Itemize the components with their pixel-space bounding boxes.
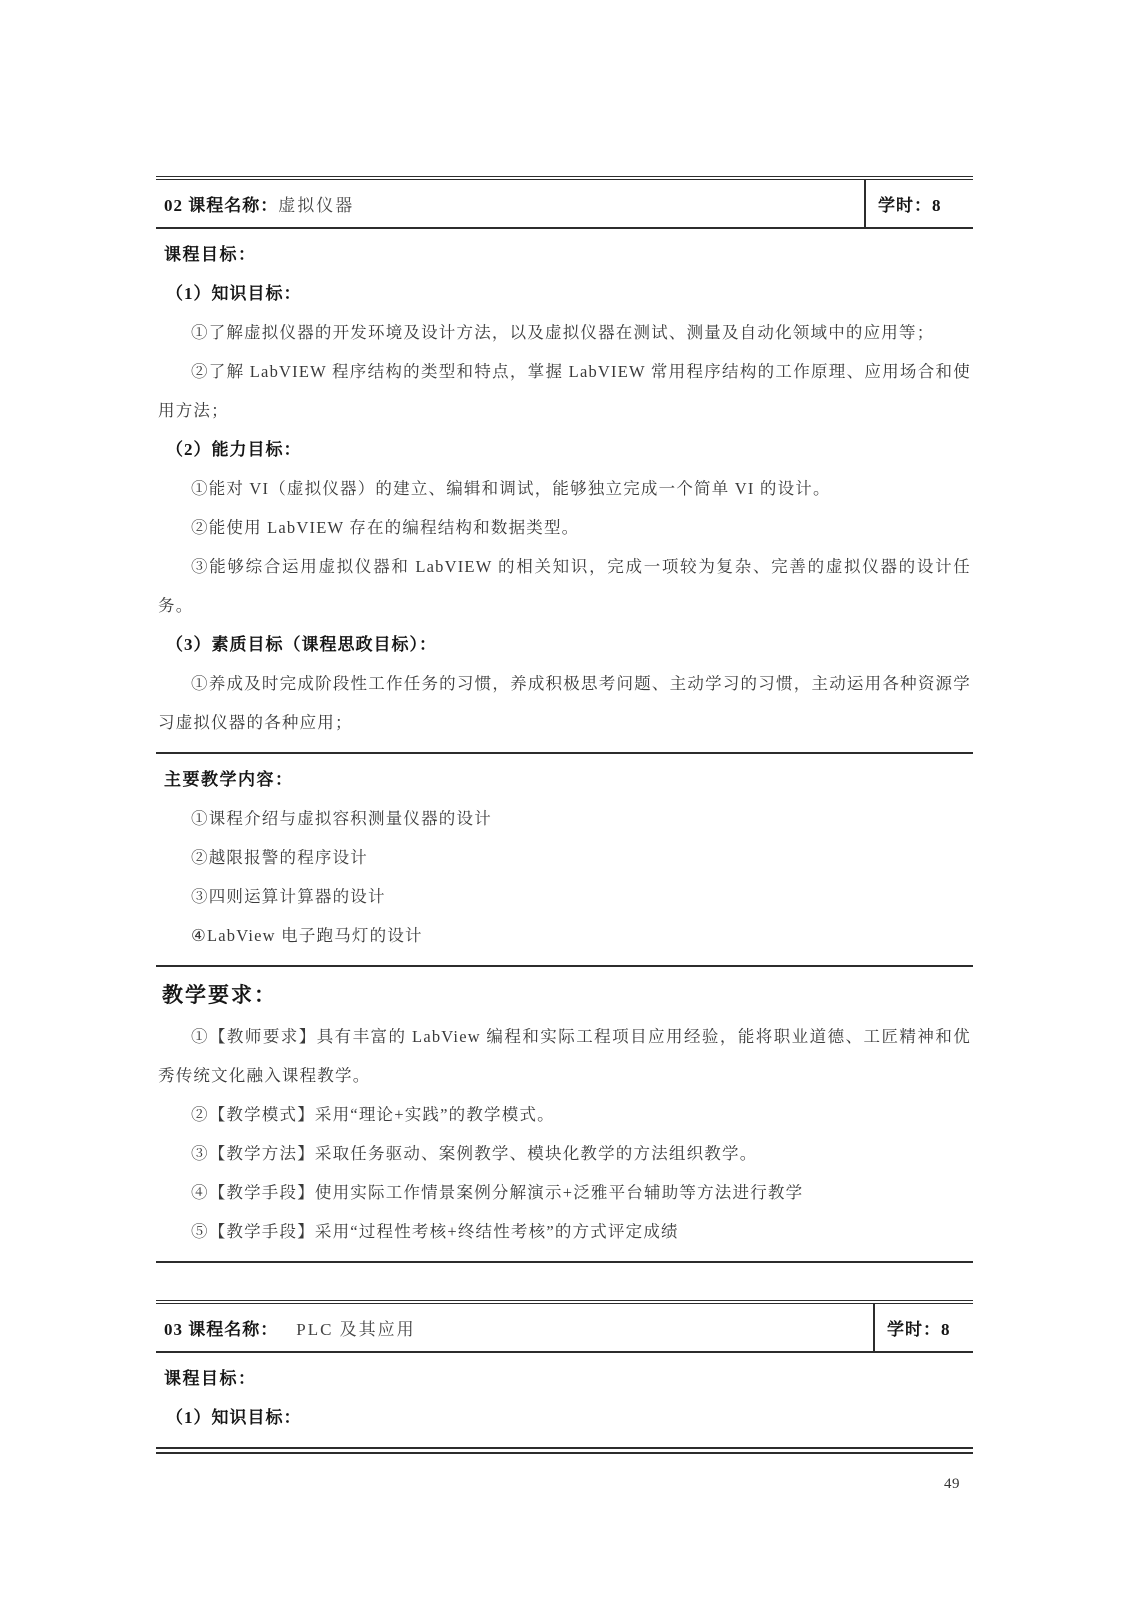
page-content: 02 课程名称：虚拟仪器 学时：8 课程目标： （1）知识目标： ①了解虚拟仪器… bbox=[156, 176, 973, 1454]
requirement-item-2: ②【教学模式】采用“理论+实践”的教学模式。 bbox=[158, 1095, 971, 1134]
course-03-code-label: 03 课程名称： bbox=[164, 1320, 278, 1339]
course-02-objectives-cell: 课程目标： （1）知识目标： ①了解虚拟仪器的开发环境及设计方法，以及虚拟仪器在… bbox=[156, 229, 973, 754]
teaching-content-item-2: ②越限报警的程序设计 bbox=[158, 838, 971, 877]
requirement-item-3: ③【教学方法】采取任务驱动、案例教学、模块化教学的方法组织教学。 bbox=[158, 1134, 971, 1173]
knowledge-objectives-heading: （1）知识目标： bbox=[158, 274, 971, 313]
ability-objective-item-3: ③能够综合运用虚拟仪器和 LabVIEW 的相关知识，完成一项较为复杂、完善的虚… bbox=[158, 547, 971, 625]
ability-objective-item-2: ②能使用 LabVIEW 存在的编程结构和数据类型。 bbox=[158, 508, 971, 547]
course-03-hours-value: 8 bbox=[941, 1320, 951, 1339]
course-03-hours-label: 学时： bbox=[887, 1320, 941, 1339]
requirement-item-1: ①【教师要求】具有丰富的 LabView 编程和实际工程项目应用经验，能将职业道… bbox=[158, 1017, 971, 1095]
course-03-header-row: 03 课程名称：PLC 及其应用 学时：8 bbox=[156, 1304, 973, 1353]
course-03-table: 03 课程名称：PLC 及其应用 学时：8 课程目标： （1）知识目标： bbox=[156, 1300, 973, 1454]
course-02-hours-value: 8 bbox=[932, 196, 942, 215]
ability-objective-item-1: ①能对 VI（虚拟仪器）的建立、编辑和调试，能够独立完成一个简单 VI 的设计。 bbox=[158, 469, 971, 508]
document-page: 02 课程名称：虚拟仪器 学时：8 课程目标： （1）知识目标： ①了解虚拟仪器… bbox=[0, 0, 1131, 1600]
requirement-item-4: ④【教学手段】使用实际工作情景案例分解演示+泛雅平台辅助等方法进行教学 bbox=[158, 1173, 971, 1212]
knowledge-objective-item-2: ②了解 LabVIEW 程序结构的类型和特点，掌握 LabVIEW 常用程序结构… bbox=[158, 352, 971, 430]
course-03-knowledge-heading: （1）知识目标： bbox=[158, 1398, 971, 1437]
course-02-teaching-content-cell: 主要教学内容： ①课程介绍与虚拟容积测量仪器的设计 ②越限报警的程序设计 ③四则… bbox=[156, 754, 973, 967]
requirement-item-5: ⑤【教学手段】采用“过程性考核+终结性考核”的方式评定成绩 bbox=[158, 1212, 971, 1251]
course-02-table: 02 课程名称：虚拟仪器 学时：8 课程目标： （1）知识目标： ①了解虚拟仪器… bbox=[156, 176, 973, 1263]
knowledge-objective-item-1: ①了解虚拟仪器的开发环境及设计方法，以及虚拟仪器在测试、测量及自动化领域中的应用… bbox=[158, 313, 971, 352]
quality-objectives-heading: （3）素质目标（课程思政目标）： bbox=[158, 625, 971, 664]
course-02-requirements-cell: 教学要求： ①【教师要求】具有丰富的 LabView 编程和实际工程项目应用经验… bbox=[156, 967, 973, 1261]
course-02-hours-label: 学时： bbox=[878, 196, 932, 215]
teaching-content-item-3: ③四则运算计算器的设计 bbox=[158, 877, 971, 916]
course-02-name: 虚拟仪器 bbox=[278, 196, 354, 215]
course-02-hours-cell: 学时：8 bbox=[864, 180, 973, 227]
course-03-objectives-heading: 课程目标： bbox=[158, 1359, 971, 1398]
ability-objectives-heading: （2）能力目标： bbox=[158, 430, 971, 469]
page-number: 49 bbox=[900, 1476, 960, 1493]
course-03-hours-cell: 学时：8 bbox=[873, 1304, 973, 1351]
course-03-name: PLC 及其应用 bbox=[296, 1320, 415, 1339]
course-03-objectives-cell: 课程目标： （1）知识目标： bbox=[156, 1353, 973, 1447]
teaching-requirements-heading: 教学要求： bbox=[158, 973, 971, 1017]
teaching-content-item-4: ④LabView 电子跑马灯的设计 bbox=[158, 916, 971, 955]
teaching-content-heading: 主要教学内容： bbox=[158, 760, 971, 799]
objectives-heading: 课程目标： bbox=[158, 235, 971, 274]
course-02-header-row: 02 课程名称：虚拟仪器 学时：8 bbox=[156, 180, 973, 229]
quality-objective-item-1: ①养成及时完成阶段性工作任务的习惯，养成积极思考问题、主动学习的习惯，主动运用各… bbox=[158, 664, 971, 742]
teaching-content-item-1: ①课程介绍与虚拟容积测量仪器的设计 bbox=[158, 799, 971, 838]
course-02-code-label: 02 课程名称： bbox=[164, 196, 278, 215]
course-03-title-cell: 03 课程名称：PLC 及其应用 bbox=[156, 1304, 873, 1351]
course-02-title-cell: 02 课程名称：虚拟仪器 bbox=[156, 180, 864, 227]
